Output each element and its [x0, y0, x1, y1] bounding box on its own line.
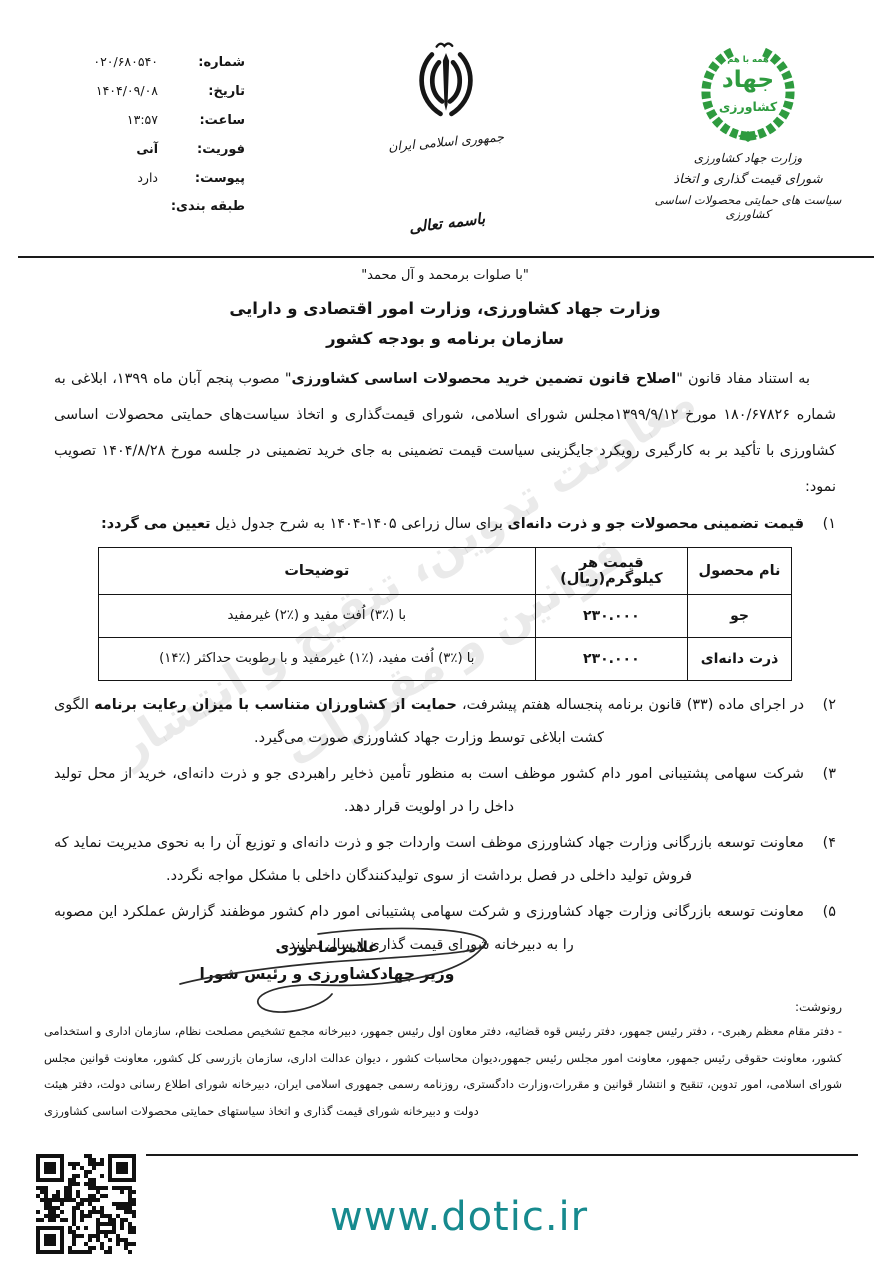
meta-value: آنی [136, 141, 158, 156]
logo-caption-ministry: وزارت جهاد کشاورزی [648, 151, 848, 165]
meta-label: شماره: [173, 55, 245, 70]
meta-value: ۱۳:۵۷ [127, 112, 158, 127]
signer-title: وزیر جهادکشاورزی و رئیس شورا [162, 965, 492, 983]
logo-slogan: همه با هم [698, 55, 798, 65]
meta-value: ۱۴۰۴/۰۹/۰۸ [96, 83, 158, 98]
meta-label: ساعت: [173, 113, 245, 128]
logo-caption-council-2: سیاست های حمایتی محصولات اساسی کشاورزی [648, 193, 848, 221]
item-text: قیمت تضمینی محصولات جو و ذرت دانه‌ای برا… [54, 508, 804, 541]
price-table-row: ذرت دانه‌ای۲۳۰.۰۰۰با (٪۳) اُفت مفید، (٪۱… [99, 638, 792, 681]
signature-block: غلامرضا نوری وزیر جهادکشاورزی و رئیس شور… [162, 938, 492, 983]
meta-value: ۰۲۰/۶۸۰۵۴۰ [93, 54, 158, 69]
cc-section: رونوشت: - دفتر مقام معظم رهبری- ، دفتر ر… [44, 1000, 842, 1124]
item-number: ۲) [812, 689, 836, 755]
jahad-keshavarzi-logo: همه با هم جهاد کشاورزی وزارت جهاد کشاورز… [648, 42, 848, 221]
item-number: ۳) [812, 758, 836, 824]
iran-emblem-icon [410, 113, 482, 132]
item-number: ۴) [812, 827, 836, 893]
iran-emblem: جمهوری اسلامی ایران [374, 42, 518, 149]
price-table: نام محصولقیمت هر کیلوگرم(ریال)توضیحات جو… [98, 547, 792, 681]
qr-code [36, 1154, 136, 1254]
wheat-wreath-icon: همه با هم جهاد کشاورزی [698, 42, 798, 144]
price-table-cell: با (٪۳) اُفت مفید، (٪۱) غیرمفید و با رطو… [99, 638, 536, 681]
website-link[interactable]: www.dotic.ir [330, 1194, 588, 1240]
price-table-header: نام محصولقیمت هر کیلوگرم(ریال)توضیحات [99, 548, 792, 595]
blessing-line: "با صلوات برمحمد و آل محمد" [54, 268, 836, 283]
official-letter-page: معاونت تدوین، تنقیح و انتشار قوانین و مق… [0, 0, 892, 1262]
meta-field-5: طبقه بندی: [35, 199, 245, 214]
addressee-line-1: وزارت جهاد کشاورزی، وزارت امور اقتصادی و… [54, 299, 836, 318]
meta-field-1: تاریخ:۱۴۰۴/۰۹/۰۸ [35, 83, 245, 99]
letter-meta: شماره:۰۲۰/۶۸۰۵۴۰تاریخ:۱۴۰۴/۰۹/۰۸ساعت:۱۳:… [35, 54, 245, 227]
letter-body: "با صلوات برمحمد و آل محمد" وزارت جهاد ک… [0, 268, 892, 962]
footer-divider [146, 1154, 858, 1156]
meta-label: تاریخ: [173, 84, 245, 99]
meta-field-2: ساعت:۱۳:۵۷ [35, 112, 245, 128]
price-table-cell: جو [688, 595, 792, 638]
intro-paragraph: به استناد مفاد قانون "اصلاح قانون تضمین … [54, 361, 836, 505]
resolution-item-4: ۴)معاونت توسعه بازرگانی وزارت جهاد کشاور… [54, 827, 836, 893]
resolution-item-3: ۳)شرکت سهامی پشتیبانی امور دام کشور موظف… [54, 758, 836, 824]
meta-label: طبقه بندی: [171, 199, 245, 214]
meta-value: دارد [137, 170, 158, 185]
logo-word-jahad: جهاد [698, 67, 798, 93]
resolution-item-1-container: ۱)قیمت تضمینی محصولات جو و ذرت دانه‌ای ب… [54, 508, 836, 541]
cc-text: - دفتر مقام معظم رهبری- ، دفتر رئیس جمهو… [44, 1018, 842, 1124]
item-number: ۵) [812, 896, 836, 962]
meta-label: پیوست: [173, 171, 245, 186]
addressee-line-2: سازمان برنامه و بودجه کشور [54, 329, 836, 348]
meta-field-0: شماره:۰۲۰/۶۸۰۵۴۰ [35, 54, 245, 70]
meta-field-4: پیوست:دارد [35, 170, 245, 186]
besmellah-calligraphy: باسمه تعالی [391, 207, 502, 238]
price-table-cell: ۲۳۰.۰۰۰ [535, 638, 687, 681]
meta-label: فوریت: [173, 142, 245, 157]
resolution-items-container: ۲)در اجرای ماده (۳۳) قانون برنامه پنجسال… [54, 689, 836, 962]
price-table-row: جو۲۳۰.۰۰۰با (٪۳) اُفت مفید و (٪۲) غیرمفی… [99, 595, 792, 638]
price-table-column-header: نام محصول [688, 548, 792, 595]
item-number: ۱) [812, 508, 836, 541]
price-table-cell: ذرت دانه‌ای [688, 638, 792, 681]
item-text: معاونت توسعه بازرگانی وزارت جهاد کشاورزی… [54, 827, 804, 893]
cc-label: رونوشت: [44, 1000, 842, 1014]
price-table-cell: ۲۳۰.۰۰۰ [535, 595, 687, 638]
resolution-item-1: ۱)قیمت تضمینی محصولات جو و ذرت دانه‌ای ب… [54, 508, 836, 541]
signer-name: غلامرضا نوری [162, 938, 492, 956]
price-table-column-header: توضیحات [99, 548, 536, 595]
header-divider [18, 256, 874, 258]
item-text: شرکت سهامی پشتیبانی امور دام کشور موظف ا… [54, 758, 804, 824]
price-table-cell: با (٪۳) اُفت مفید و (٪۲) غیرمفید [99, 595, 536, 638]
resolution-item-2: ۲)در اجرای ماده (۳۳) قانون برنامه پنجسال… [54, 689, 836, 755]
item-text: در اجرای ماده (۳۳) قانون برنامه پنجساله … [54, 689, 804, 755]
meta-field-3: فوریت:آنی [35, 141, 245, 157]
price-table-column-header: قیمت هر کیلوگرم(ریال) [535, 548, 687, 595]
logo-caption-council-1: شورای قیمت گذاری و اتخاذ [648, 172, 848, 187]
logo-word-keshavarzi: کشاورزی [698, 99, 798, 114]
